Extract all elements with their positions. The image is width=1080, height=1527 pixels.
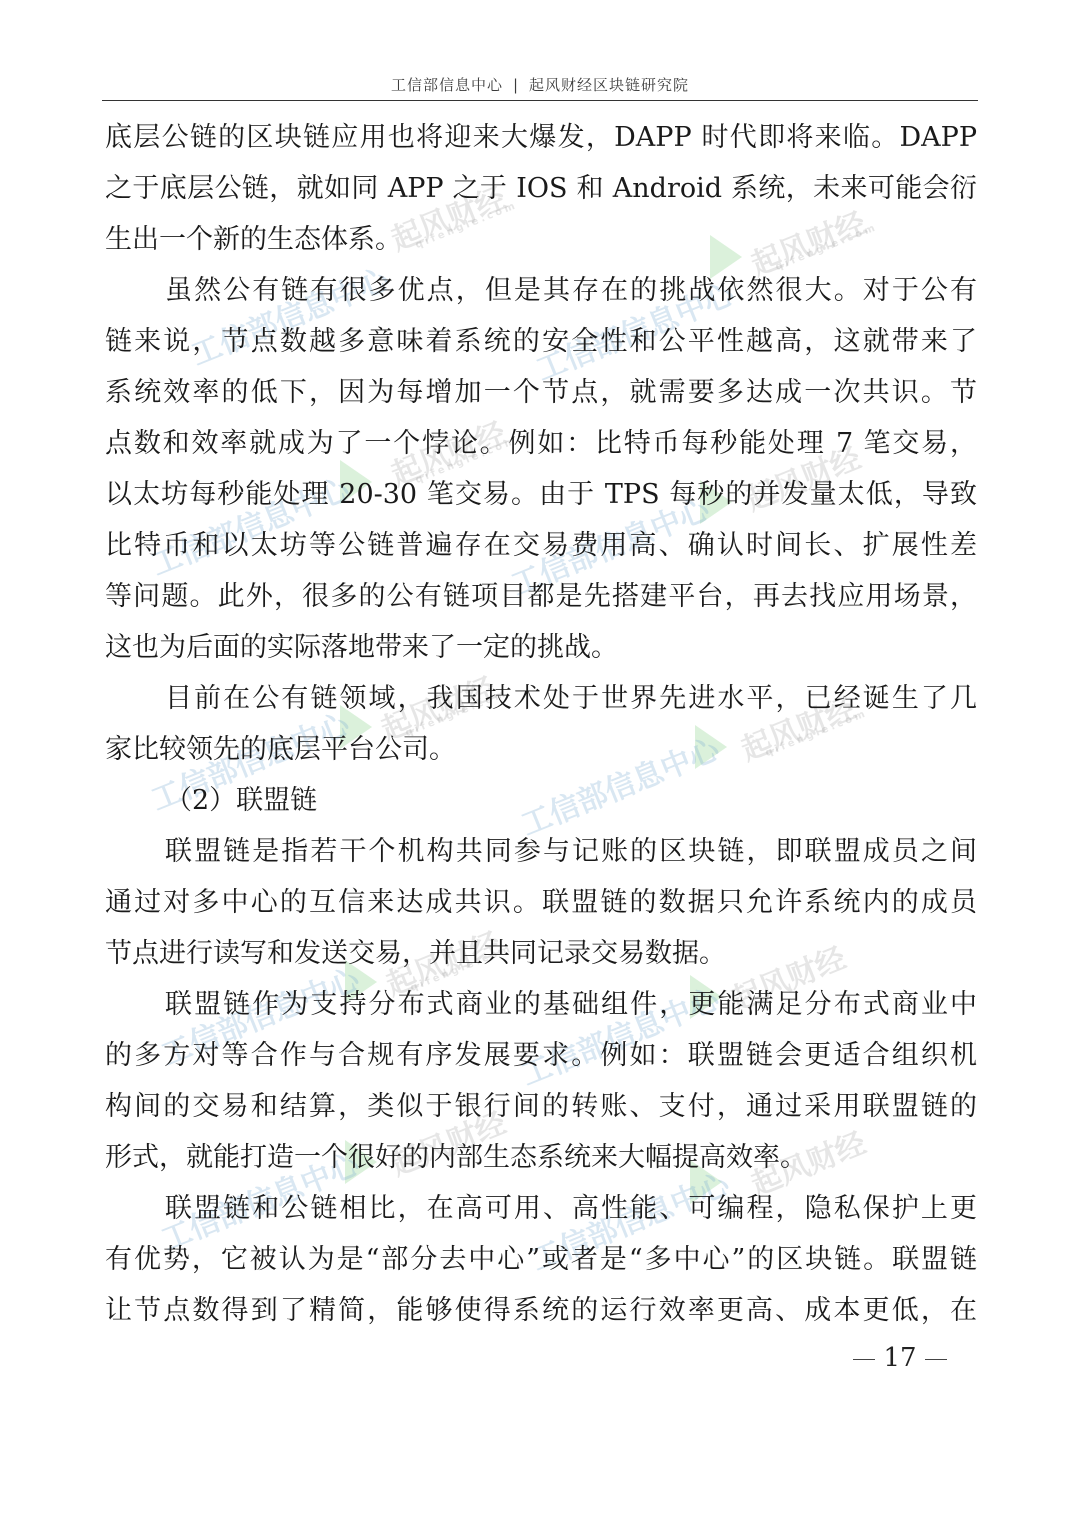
paragraph: 底层公链的区块链应用也将迎来大爆发，DAPP 时代即将来临。DAPP 之于底层公…	[105, 112, 977, 265]
text-line: 的多方对等合作与合规有序发展要求。例如：联盟链会更适合组织机	[105, 1030, 977, 1081]
page-number-dash-right	[925, 1359, 947, 1360]
text-line: 有优势，它被认为是“部分去中心”或者是“多中心”的区块链。联盟链	[105, 1234, 977, 1285]
header-institute: 起风财经区块链研究院	[529, 76, 689, 94]
header-divider	[102, 100, 978, 101]
paragraph: 联盟链是指若干个机构共同参与记账的区块链，即联盟成员之间 通过对多中心的互信来达…	[105, 826, 977, 979]
text-line: 底层公链的区块链应用也将迎来大爆发，DAPP 时代即将来临。DAPP	[105, 112, 977, 163]
text-line: 联盟链和公链相比，在高可用、高性能、可编程，隐私保护上更	[105, 1183, 977, 1234]
text-line: 以太坊每秒能处理 20-30 笔交易。由于 TPS 每秒的并发量太低，导致	[105, 469, 977, 520]
text-line: 虽然公有链有很多优点，但是其存在的挑战依然很大。对于公有	[105, 265, 977, 316]
text-line: 等问题。此外，很多的公有链项目都是先搭建平台，再去找应用场景，	[105, 571, 977, 622]
running-header: 工信部信息中心|起风财经区块链研究院	[102, 74, 978, 100]
section-heading: （2）联盟链	[105, 775, 977, 826]
text-line: 目前在公有链领域，我国技术处于世界先进水平，已经诞生了几	[105, 673, 977, 724]
text-line: 联盟链作为支持分布式商业的基础组件，更能满足分布式商业中	[105, 979, 977, 1030]
text-line: 让节点数得到了精简，能够使得系统的运行效率更高、成本更低，在	[105, 1285, 977, 1336]
text-line: 节点进行读写和发送交易，并且共同记录交易数据。	[105, 928, 977, 979]
page-number-dash-left	[853, 1359, 875, 1360]
text-line: 通过对多中心的互信来达成共识。联盟链的数据只允许系统内的成员	[105, 877, 977, 928]
header-separator: |	[513, 76, 519, 94]
text-line: 联盟链是指若干个机构共同参与记账的区块链，即联盟成员之间	[105, 826, 977, 877]
paragraph: 联盟链和公链相比，在高可用、高性能、可编程，隐私保护上更 有优势，它被认为是“部…	[105, 1183, 977, 1336]
body-text: 底层公链的区块链应用也将迎来大爆发，DAPP 时代即将来临。DAPP 之于底层公…	[105, 112, 977, 1336]
document-page: 起风财经 qifengle.com 起风财经 qifengle.com 工信部信…	[0, 0, 1080, 1527]
text-line: 系统效率的低下，因为每增加一个节点，就需要多达成一次共识。节	[105, 367, 977, 418]
text-line: 点数和效率就成为了一个悖论。例如：比特币每秒能处理 7 笔交易，	[105, 418, 977, 469]
header-org: 工信部信息中心	[391, 76, 503, 94]
text-line: 构间的交易和结算，类似于银行间的转账、支付，通过采用联盟链的	[105, 1081, 977, 1132]
page-number-value: 17	[883, 1343, 916, 1373]
page-number: 17	[845, 1343, 955, 1373]
paragraph: 联盟链作为支持分布式商业的基础组件，更能满足分布式商业中 的多方对等合作与合规有…	[105, 979, 977, 1183]
paragraph: 虽然公有链有很多优点，但是其存在的挑战依然很大。对于公有 链来说，节点数越多意味…	[105, 265, 977, 673]
text-line: 之于底层公链，就如同 APP 之于 IOS 和 Android 系统，未来可能会…	[105, 163, 977, 214]
text-line: 生出一个新的生态体系。	[105, 214, 977, 265]
text-line: 家比较领先的底层平台公司。	[105, 724, 977, 775]
paragraph: 目前在公有链领域，我国技术处于世界先进水平，已经诞生了几 家比较领先的底层平台公…	[105, 673, 977, 775]
text-line: 形式，就能打造一个很好的内部生态系统来大幅提高效率。	[105, 1132, 977, 1183]
text-line: 链来说，节点数越多意味着系统的安全性和公平性越高，这就带来了	[105, 316, 977, 367]
text-line: 这也为后面的实际落地带来了一定的挑战。	[105, 622, 977, 673]
text-line: 比特币和以太坊等公链普遍存在交易费用高、确认时间长、扩展性差	[105, 520, 977, 571]
